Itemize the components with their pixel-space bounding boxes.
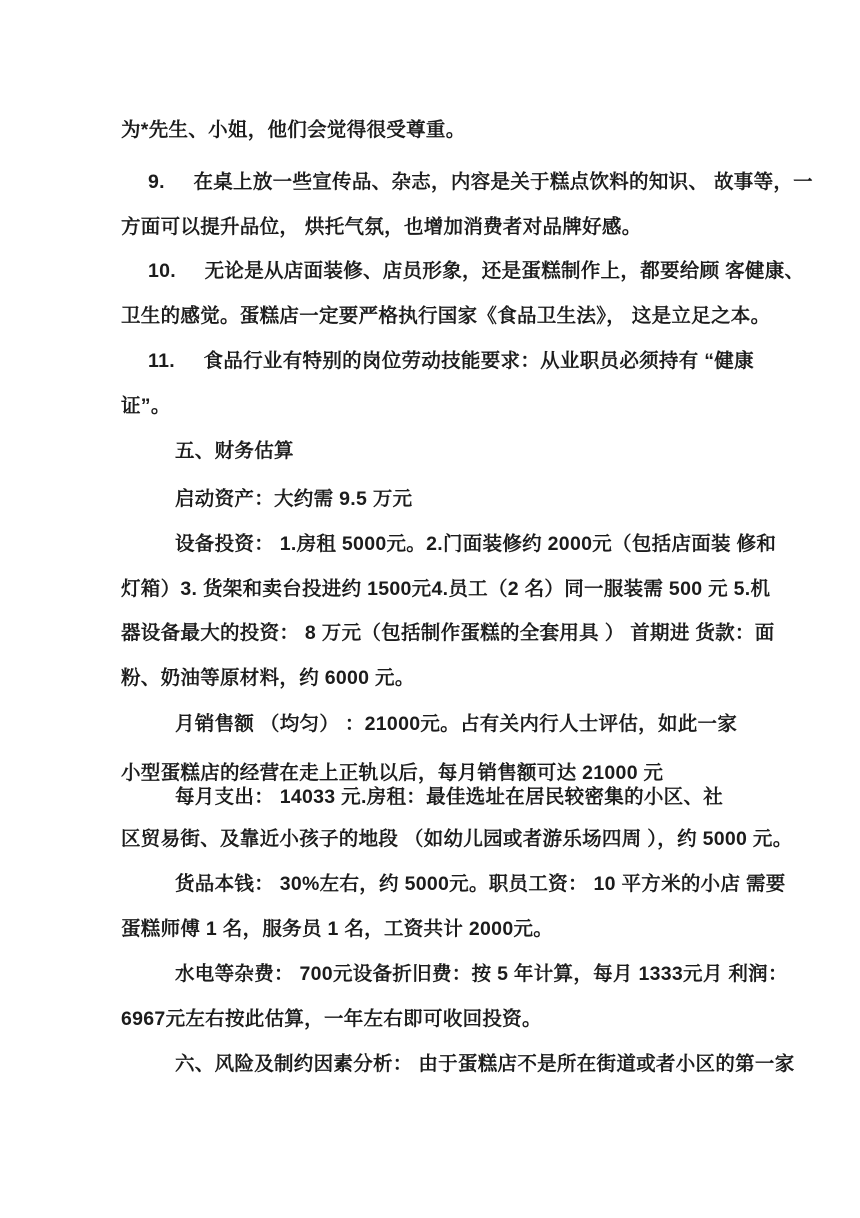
list-item-10-continuation: 卫生的感觉。蛋糕店一定要严格执行国家《食品卫生法》， 这是立足之本。 bbox=[121, 305, 770, 327]
line-utilities-depreciation: 水电等杂费： 700元设备折旧费：按 5 年计算，每月 1333元月 利润： bbox=[175, 963, 788, 985]
line-monthly-expense-continuation: 区贸易街、及靠近小孩子的地段 （如幼儿园或者游乐场四周 ），约 5000 元。 bbox=[121, 828, 793, 850]
document-page: 为*先生、小姐，他们会觉得很受尊重。 9. 在桌上放一些宣传品、杂志，内容是关于… bbox=[0, 0, 860, 1218]
line-equipment-investment: 设备投资： 1.房租 5000元。2.门面装修约 2000元（包括店面装 修和 bbox=[175, 533, 776, 555]
list-item-10: 10. 无论是从店面装修、店员形象，还是蛋糕制作上，都要给顾 客健康、 bbox=[148, 260, 804, 282]
list-item-9-continuation: 方面可以提升品位， 烘托气氛，也增加消费者对品牌好感。 bbox=[121, 216, 642, 238]
list-item-11: 11. 食品行业有特别的岗位劳动技能要求：从业职员必须持有 “健康 bbox=[148, 350, 754, 372]
section-6-heading: 六、风险及制约因素分析： 由于蛋糕店不是所在街道或者小区的第一家 bbox=[175, 1053, 795, 1075]
line-monthly-sales: 月销售额 （均匀） ：21000元。占有关内行人士评估，如此一家 bbox=[175, 713, 737, 735]
line-salutation: 为*先生、小姐，他们会觉得很受尊重。 bbox=[121, 119, 466, 141]
line-goods-cost-continuation: 蛋糕师傅 1 名，服务员 1 名，工资共计 2000元。 bbox=[121, 918, 553, 940]
line-profit-payback: 6967元左右按此估算，一年左右即可收回投资。 bbox=[121, 1008, 542, 1030]
list-item-9: 9. 在桌上放一些宣传品、杂志，内容是关于糕点饮料的知识、 故事等，一 bbox=[148, 171, 813, 193]
line-equipment-investment-cont-3: 粉、奶油等原材料，约 6000 元。 bbox=[121, 667, 415, 689]
line-monthly-expense: 每月支出： 14033 元.房租：最佳选址在居民较密集的小区、社 bbox=[175, 786, 723, 808]
list-item-11-continuation: 证”。 bbox=[121, 395, 171, 417]
section-5-heading: 五、财务估算 bbox=[175, 440, 294, 462]
line-equipment-investment-cont-2: 器设备最大的投资： 8 万元（包括制作蛋糕的全套用具 ） 首期进 货款：面 bbox=[121, 622, 775, 644]
line-goods-cost: 货品本钱： 30%左右，约 5000元。职员工资： 10 平方米的小店 需要 bbox=[175, 873, 786, 895]
line-monthly-sales-continuation: 小型蛋糕店的经营在走上正轨以后，每月销售额可达 21000 元 bbox=[121, 762, 663, 784]
line-startup-capital: 启动资产：大约需 9.5 万元 bbox=[175, 488, 412, 510]
line-equipment-investment-cont-1: 灯箱）3. 货架和卖台投进约 1500元4.员工（2 名）同一服装需 500 元… bbox=[121, 578, 770, 600]
